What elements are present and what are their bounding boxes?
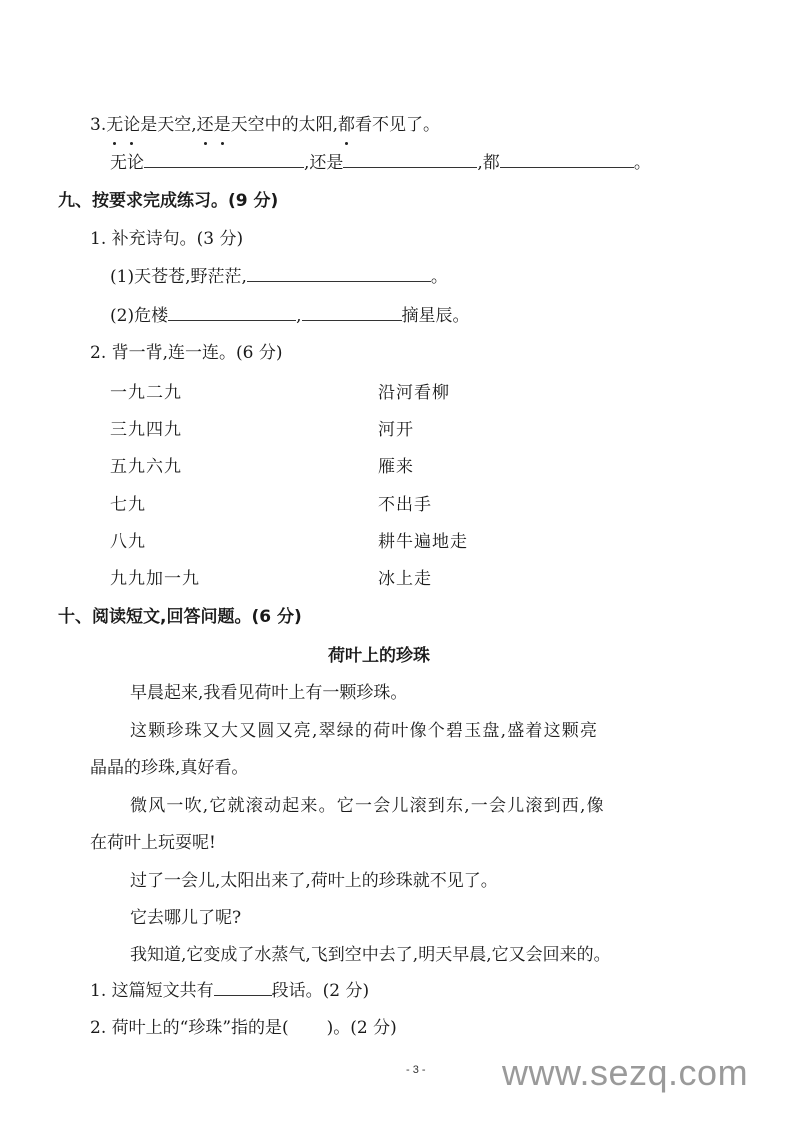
poem-item-2: (2)危楼,摘星辰。 [110,304,470,328]
match-right-item[interactable]: 不出手 [378,493,432,517]
sentence-text: 是天空, [140,115,196,135]
section-10-q2: 2. 荷叶上的“珍珠”指的是()。(2 分) [90,1016,397,1040]
passage-title: 荷叶上的珍珠 [328,644,430,668]
section-9-heading: 九、按要求完成练习。(9 分) [58,189,278,213]
section-9-q2-title: 2. 背一背,连一连。(6 分) [90,341,283,365]
match-right-item[interactable]: 冰上走 [378,567,432,591]
match-left-item[interactable]: 五九六九 [110,455,182,479]
page-number: - 3 - [406,1064,426,1076]
emphasis-char: 还 [197,113,214,137]
passage-paragraph: 微风一吹,它就滚动起来。它一会儿滚到东,一会儿滚到西,像 [130,794,605,818]
match-left-item[interactable]: 一九二九 [110,381,182,405]
answer-blank[interactable] [144,151,304,168]
fill-text: 。 [634,153,651,173]
poem-text: 。 [431,267,448,287]
match-right-item[interactable]: 沿河看柳 [378,381,450,405]
question-text: )。(2 分) [327,1018,397,1038]
fill-text: ,还是 [304,153,343,173]
section-10-heading: 十、阅读短文,回答问题。(6 分) [58,605,302,629]
question-number: 3. [90,115,106,135]
answer-blank[interactable] [247,265,431,282]
match-left-item[interactable]: 三九四九 [110,418,182,442]
question-text: 1. 这篇短文共有 [90,981,214,1001]
section-10-q1: 1. 这篇短文共有段话。(2 分) [90,979,369,1003]
section-9-q1-title: 1. 补充诗句。(3 分) [90,227,243,251]
match-right-item[interactable]: 耕牛遍地走 [378,530,468,554]
question-8-3: 3.无论是天空,还是天空中的太阳,都看不见了。 [90,113,440,137]
match-left-item[interactable]: 八九 [110,530,146,554]
answer-blank[interactable] [168,304,296,321]
answer-blank[interactable] [214,979,272,996]
sentence-text: 看不见了。 [355,115,440,135]
fill-in-line-8-3: 无论,还是,都。 [110,151,651,175]
emphasis-char: 是 [214,113,231,137]
match-left-item[interactable]: 九九加一九 [110,567,200,591]
answer-blank[interactable] [343,151,477,168]
poem-text: (2)危楼 [110,306,168,326]
passage-paragraph: 它去哪儿了呢? [130,906,241,930]
match-left-item[interactable]: 七九 [110,493,146,517]
passage-paragraph: 早晨起来,我看见荷叶上有一颗珍珠。 [130,681,407,705]
emphasis-char: 论 [123,113,140,137]
emphasis-char: 无 [106,113,123,137]
fill-text: ,都 [477,153,499,173]
passage-paragraph: 过了一会儿,太阳出来了,荷叶上的珍珠就不见了。 [130,869,498,893]
question-text: 段话。(2 分) [272,981,369,1001]
passage-paragraph-cont: 在荷叶上玩耍呢! [90,831,216,855]
poem-text: 摘星辰。 [402,306,470,326]
passage-paragraph: 这颗珍珠又大又圆又亮,翠绿的荷叶像个碧玉盘,盛着这颗亮 [130,719,598,743]
passage-paragraph: 我知道,它变成了水蒸气,飞到空中去了,明天早晨,它又会回来的。 [130,943,611,967]
sentence-text: 天空中的太阳, [231,115,338,135]
emphasis-char: 都 [338,113,355,137]
question-text: 2. 荷叶上的“珍珠”指的是( [90,1018,289,1038]
poem-text: (1)天苍苍,野茫茫, [110,267,247,287]
match-right-item[interactable]: 雁来 [378,455,414,479]
answer-blank[interactable] [302,304,402,321]
poem-item-1: (1)天苍苍,野茫茫,。 [110,265,448,289]
watermark: www.sezq.com [502,1052,748,1094]
match-right-item[interactable]: 河开 [378,418,414,442]
fill-text: 无论 [110,153,144,173]
answer-blank[interactable] [500,151,634,168]
passage-paragraph-cont: 晶晶的珍珠,真好看。 [90,756,248,780]
